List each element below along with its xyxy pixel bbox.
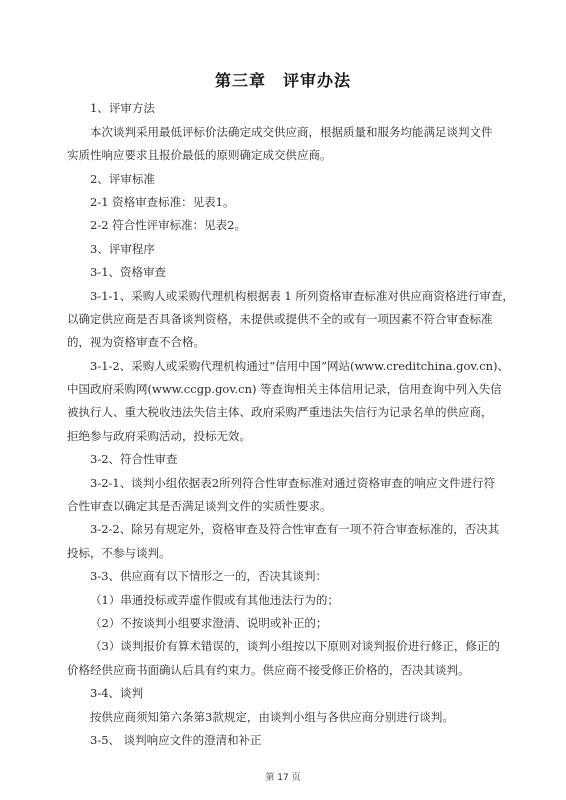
list-item: （1）串通投标或弄虚作假或有其他违法行为的； — [90, 593, 339, 607]
heading-compliance-review: 3-2、符合性审查 — [90, 452, 178, 466]
list-item: （2）不按谈判小组要求澄清、说明或补正的； — [90, 616, 327, 630]
paragraph-line: 拒绝参与政府采购活动，投标无效。 — [67, 429, 251, 443]
paragraph-line: 以确定供应商是否具备谈判资格，未提供或提供不全的或有一项因素不符合审查标准 — [67, 312, 493, 326]
paragraph-line: 3-2-1、谈判小组依据表2所列符合性审查标准对通过资格审查的响应文件进行符 — [90, 476, 495, 490]
paragraph-line: 价格经供应商书面确认后具有约束力。供应商不接受修正价格的，否决其谈判。 — [67, 663, 470, 677]
paragraph-line: 按供应商须知第六条第3款规定，由谈判小组与各供应商分别进行谈判。 — [90, 710, 454, 724]
paragraph-line: 投标，不参与谈判。 — [67, 546, 171, 560]
paragraph-line: 3-2-2、除另有规定外，资格审查及符合性审查有一项不符合审查标准的，否决其 — [90, 522, 499, 536]
paragraph-line: 3-1-1、采购人或采购代理机构根据表 1 所列资格审查标准对供应商资格进行审查… — [90, 289, 514, 303]
paragraph-line: 合性审查以确定其是否满足谈判文件的实质性要求。 — [67, 499, 332, 513]
heading-evaluation-procedure: 3、评审程序 — [90, 242, 155, 256]
paragraph-line: 被执行人、重大税收违法失信主体、政府采购严重违法失信行为记录名单的供应商， — [67, 405, 493, 419]
paragraph-line: 本次谈判采用最低评标价法确定成交供应商，根据质量和服务均能满足谈判文件 — [90, 125, 493, 139]
paragraph-line: 2-1 资格审查标准：见表1。 — [90, 195, 235, 209]
heading-qualification-review: 3-1、资格审查 — [90, 265, 166, 279]
heading-negotiation: 3-4、谈判 — [90, 686, 143, 700]
heading-rejection-conditions: 3-3、供应商有以下情形之一的，否决其谈判： — [90, 569, 327, 583]
paragraph-line: 的，视为资格审查不合格。 — [67, 335, 205, 349]
page-title: 第三章 评审办法 — [0, 68, 566, 91]
page-number: 第 17 页 — [0, 770, 566, 783]
heading-evaluation-standard: 2、评审标准 — [90, 172, 155, 186]
paragraph-line: 实质性响应要求且报价最低的原则确定成交供应商。 — [67, 148, 332, 162]
paragraph-line: 3-1-2、采购人或采购代理机构通过“信用中国”网站(www.creditchi… — [90, 359, 509, 373]
heading-clarification: 3-5、 谈判响应文件的澄清和补正 — [90, 733, 262, 747]
heading-evaluation-method: 1、评审方法 — [90, 101, 155, 115]
list-item: （3）谈判报价有算术错误的，谈判小组按以下原则对谈判报价进行修正，修正的 — [90, 639, 500, 653]
paragraph-line: 2-2 符合性评审标准：见表2。 — [90, 218, 246, 232]
paragraph-line: 中国政府采购网(www.ccgp.gov.cn) 等查询相关主体信用记录，信用查… — [67, 382, 502, 396]
